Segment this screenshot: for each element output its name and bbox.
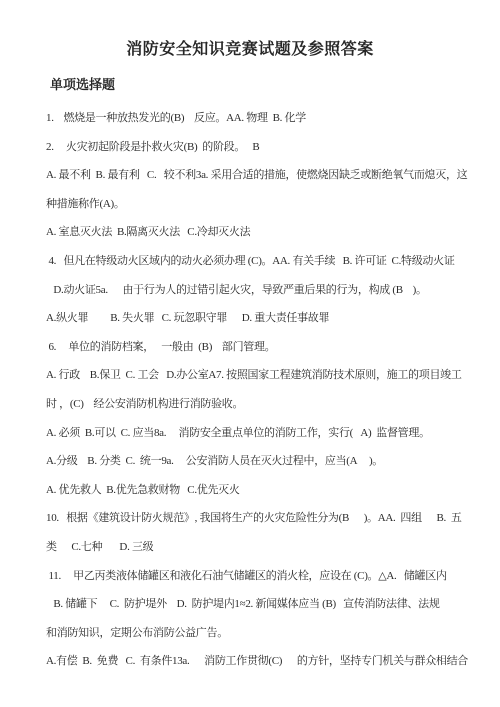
text-line: A.有偿 B. 免费 C. 有条件13a. 消防工作贯彻(C) 的方针，坚持专门… — [46, 647, 476, 676]
document-page: 消防安全知识竞赛试题及参照答案 单项选择题 1. 燃烧是一种放热发光的(B) 反… — [0, 0, 500, 707]
question-text-block: 1. 燃烧是一种放热发光的(B) 反应。AA. 物理 B. 化学 2. 火灾初起… — [46, 104, 476, 676]
text-line: 种措施称作(A)。 — [46, 190, 476, 219]
text-line: 10. 根据《建筑设计防火规范》, 我国将生产的火灾危险性分为(B )。AA. … — [46, 504, 476, 533]
text-line: A. 优先救人 B.优先急救财物 C.优先灭火 — [46, 476, 476, 505]
section-heading: 单项选择题 — [50, 74, 115, 93]
text-line: A. 室息灭火法 B.隔离灭火法 C.冷却灭火法 — [46, 218, 476, 247]
text-line: B. 储罐下 C. 防护堤外 D. 防护堤内1≈2. 新闻媒体应当 (B) 宣传… — [46, 590, 476, 619]
text-line: A. 最不利 B. 最有利 C. 较不利3a. 采用合适的措施，使燃烧因缺乏或断… — [46, 161, 476, 190]
text-line: 6. 单位的消防档案， 一般由 (B) 部门管理。 — [46, 333, 476, 362]
text-line: 1. 燃烧是一种放热发光的(B) 反应。AA. 物理 B. 化学 — [46, 104, 476, 133]
document-title: 消防安全知识竞赛试题及参照答案 — [0, 36, 500, 59]
text-line: 类 C.七种 D. 三级 — [46, 533, 476, 562]
text-line: A. 行政 B.保卫 C. 工会 D.办公室A7. 按照国家工程建筑消防技术原则… — [46, 361, 476, 390]
text-line: D.动火证5a. 由于行为人的过错引起火灾，导致严重后果的行为，构成 (B )。 — [46, 276, 476, 305]
text-line: 和消防知识，定期公布消防公益广告。 — [46, 619, 476, 648]
text-line: A.纵火罪 B. 失火罪 C. 玩忽职守罪 D. 重大责任事故罪 — [46, 304, 476, 333]
text-line: 时 ，(C) 经公安消防机构进行消防验收。 — [46, 390, 476, 419]
text-line: A.分级 B. 分类 C. 统一9a. 公安消防人员在灭火过程中，应当(A )。 — [46, 447, 476, 476]
text-line: 11. 甲乙丙类液体储罐区和液化石油气储罐区的消火栓，应设在 (C)。△A. 储… — [46, 562, 476, 591]
text-line: 2. 火灾初起阶段是扑救火灾(B) 的阶段。 B — [46, 133, 476, 162]
text-line: 4. 但凡在特级动火区域内的动火必须办理 (C)。AA. 有关手续 B. 许可证… — [46, 247, 476, 276]
text-line: A. 必须 B.可以 C. 应当8a. 消防安全重点单位的消防工作，实行( A)… — [46, 419, 476, 448]
